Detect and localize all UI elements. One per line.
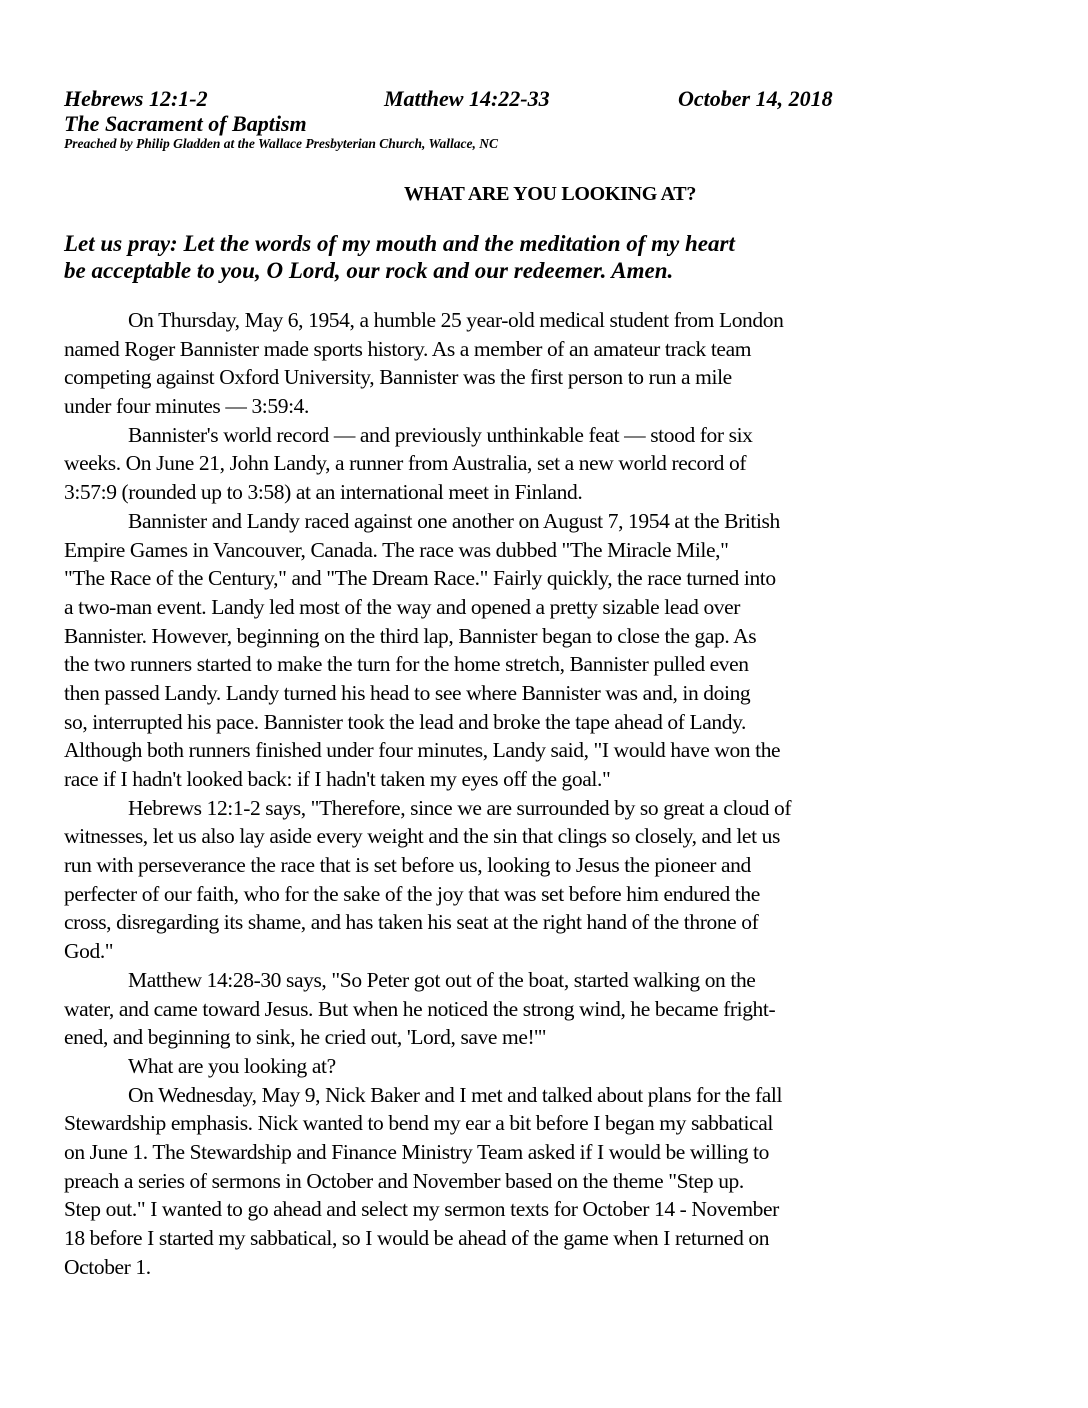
prayer-line: Let us pray: Let the words of my mouth a… [64,230,1024,257]
body-line: Bannister. However, beginning on the thi… [64,622,1024,651]
body-line: the two runners started to make the turn… [64,650,1024,679]
body-line: On Wednesday, May 9, Nick Baker and I me… [64,1081,1024,1110]
body-line: then passed Landy. Landy turned his head… [64,679,1024,708]
body-line: ened, and beginning to sink, he cried ou… [64,1023,1024,1052]
body-line: water, and came toward Jesus. But when h… [64,995,1024,1024]
body-line: weeks. On June 21, John Landy, a runner … [64,449,1024,478]
body-line: perfecter of our faith, who for the sake… [64,880,1024,909]
body-line: "The Race of the Century," and "The Drea… [64,564,1024,593]
body-line: Matthew 14:28-30 says, "So Peter got out… [64,966,1024,995]
header-references: Hebrews 12:1-2 Matthew 14:22-33 October … [64,86,1024,112]
body-line: On Thursday, May 6, 1954, a humble 25 ye… [64,306,1024,335]
body-line: so, interrupted his pace. Bannister took… [64,708,1024,737]
body-line: Hebrews 12:1-2 says, "Therefore, since w… [64,794,1024,823]
sermon-body: On Thursday, May 6, 1954, a humble 25 ye… [64,306,1024,1281]
scripture-reference-hebrews: Hebrews 12:1-2 [64,86,208,112]
body-line: Step out." I wanted to go ahead and sele… [64,1195,1024,1224]
body-line: race if I hadn't looked back: if I hadn'… [64,765,1024,794]
body-line: Empire Games in Vancouver, Canada. The r… [64,536,1024,565]
body-line: under four minutes — 3:59:4. [64,392,1024,421]
body-line: cross, disregarding its shame, and has t… [64,908,1024,937]
body-line: a two-man event. Landy led most of the w… [64,593,1024,622]
body-line: Bannister's world record — and previousl… [64,421,1024,450]
body-line: 3:57:9 (rounded up to 3:58) at an intern… [64,478,1024,507]
occasion-title: The Sacrament of Baptism [64,112,1024,136]
sermon-page: Hebrews 12:1-2 Matthew 14:22-33 October … [64,86,1024,1281]
body-line: witnesses, let us also lay aside every w… [64,822,1024,851]
body-line: Stewardship emphasis. Nick wanted to ben… [64,1109,1024,1138]
body-line: competing against Oxford University, Ban… [64,363,1024,392]
body-line: preach a series of sermons in October an… [64,1167,1024,1196]
body-line: named Roger Bannister made sports histor… [64,335,1024,364]
body-line: Although both runners finished under fou… [64,736,1024,765]
prayer-line: be acceptable to you, O Lord, our rock a… [64,257,1024,284]
body-line: October 1. [64,1253,1024,1282]
body-line: on June 1. The Stewardship and Finance M… [64,1138,1024,1167]
opening-prayer: Let us pray: Let the words of my mouth a… [64,230,1024,284]
scripture-reference-matthew: Matthew 14:22-33 [384,86,550,112]
body-line: Bannister and Landy raced against one an… [64,507,1024,536]
body-line: 18 before I started my sabbatical, so I … [64,1224,1024,1253]
body-line: God." [64,937,1024,966]
sermon-title: WHAT ARE YOU LOOKING AT? [64,182,1024,206]
sermon-date: October 14, 2018 [678,86,833,112]
body-line: run with perseverance the race that is s… [64,851,1024,880]
body-line: What are you looking at? [64,1052,1024,1081]
preacher-line: Preached by Philip Gladden at the Wallac… [64,136,1024,152]
